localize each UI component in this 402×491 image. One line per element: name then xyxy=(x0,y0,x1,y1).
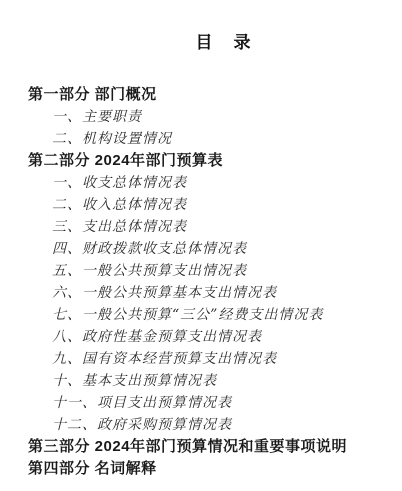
toc-section-heading: 第二部分 2024年部门预算表 xyxy=(28,150,402,172)
toc-item: 六、一般公共预算基本支出情况表 xyxy=(52,282,402,304)
toc-item: 一、主要职责 xyxy=(52,106,402,128)
toc-item: 十、基本支出预算情况表 xyxy=(52,370,402,392)
toc-section-heading: 第一部分 部门概况 xyxy=(28,84,402,106)
toc-page: 目 录 第一部分 部门概况一、主要职责二、机构设置情况第二部分 2024年部门预… xyxy=(0,0,402,491)
toc-item: 九、国有资本经营预算支出情况表 xyxy=(52,348,402,370)
toc-section-heading: 第四部分 名词解释 xyxy=(28,458,402,480)
toc-item: 二、机构设置情况 xyxy=(52,128,402,150)
toc-lines: 第一部分 部门概况一、主要职责二、机构设置情况第二部分 2024年部门预算表一、… xyxy=(0,84,402,480)
toc-item: 四、财政拨款收支总体情况表 xyxy=(52,238,402,260)
toc-item: 二、收入总体情况表 xyxy=(52,194,402,216)
toc-section-heading: 第三部分 2024年部门预算情况和重要事项说明 xyxy=(28,436,402,458)
toc-item: 七、一般公共预算“三公”经费支出情况表 xyxy=(52,304,402,326)
toc-item: 十一、项目支出预算情况表 xyxy=(52,392,402,414)
toc-item: 一、收支总体情况表 xyxy=(52,172,402,194)
page-title: 目 录 xyxy=(0,0,402,53)
toc-item: 五、一般公共预算支出情况表 xyxy=(52,260,402,282)
toc-item: 十二、政府采购预算情况表 xyxy=(52,414,402,436)
toc-item: 三、支出总体情况表 xyxy=(52,216,402,238)
toc-item: 八、政府性基金预算支出情况表 xyxy=(52,326,402,348)
